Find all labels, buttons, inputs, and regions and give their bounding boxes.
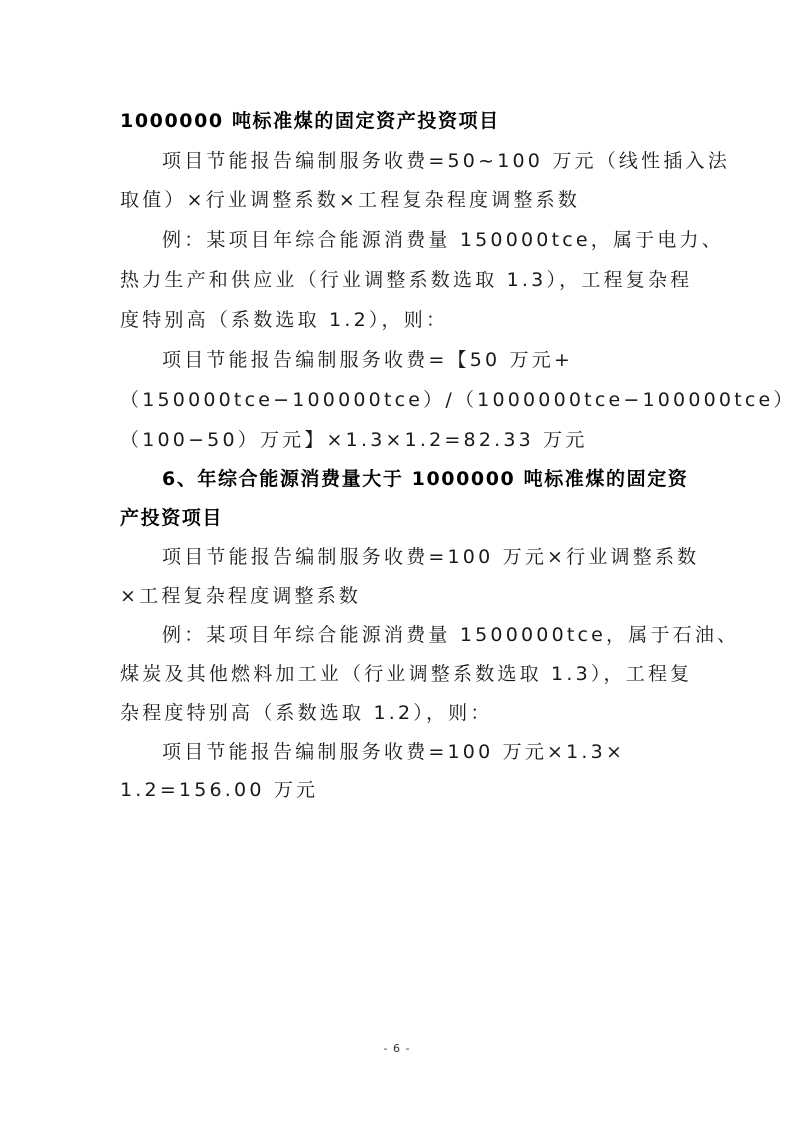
example-6-line-1: 例：某项目年综合能源消费量 1500000tce，属于石油、 [162, 623, 739, 647]
fee-formula-line-2: 取值）×行业调整系数×工程复杂程度调整系数 [120, 188, 580, 212]
section-heading-6-line-2: 产投资项目 [120, 506, 223, 530]
section-heading-6-line-1: 6、年综合能源消费量大于 1000000 吨标准煤的固定资 [162, 467, 688, 491]
example-line-2: 热力生产和供应业（行业调整系数选取 1.3），工程复杂程 [120, 268, 692, 292]
fee-formula-6-line-1: 项目节能报告编制服务收费=100 万元×行业调整系数 [162, 545, 699, 569]
section-heading-continuation: 1000000 吨标准煤的固定资产投资项目 [120, 109, 500, 133]
fee-formula-line-1: 项目节能报告编制服务收费=50~100 万元（线性插入法 [162, 149, 730, 173]
example-calc-line-2: （150000tce−100000tce）/（1000000tce−100000… [120, 388, 794, 412]
document-page: 1000000 吨标准煤的固定资产投资项目 项目节能报告编制服务收费=50~10… [0, 0, 794, 1123]
example-line-1: 例：某项目年综合能源消费量 150000tce，属于电力、 [162, 228, 724, 252]
example-calc-line-3: （100−50）万元】×1.3×1.2=82.33 万元 [120, 428, 588, 452]
example-6-calc-line-2: 1.2=156.00 万元 [120, 778, 318, 802]
example-calc-line-1: 项目节能报告编制服务收费=【50 万元+ [162, 348, 573, 372]
fee-formula-6-line-2: ×工程复杂程度调整系数 [120, 584, 361, 608]
page-number: - 6 - [0, 1042, 794, 1055]
example-line-3: 度特别高（系数选取 1.2），则： [120, 308, 448, 332]
example-6-calc-line-1: 项目节能报告编制服务收费=100 万元×1.3× [162, 740, 625, 764]
example-6-line-3: 杂程度特别高（系数选取 1.2），则： [120, 701, 493, 725]
example-6-line-2: 煤炭及其他燃料加工业（行业调整系数选取 1.3），工程复 [120, 662, 692, 686]
